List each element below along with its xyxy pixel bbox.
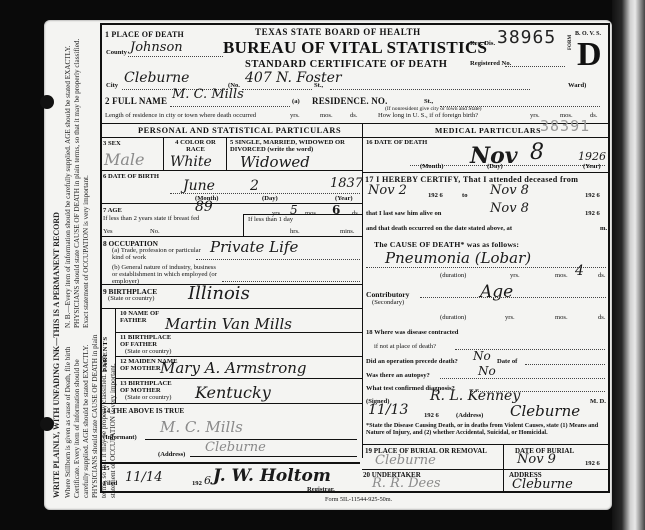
informant-value: M. C. Mills	[160, 418, 243, 436]
burial-place-value: Cleburne	[375, 453, 436, 468]
informant-address-line	[190, 456, 357, 457]
a-label: (a)	[292, 98, 300, 105]
num15-label: 15	[103, 465, 110, 472]
street-line	[242, 89, 312, 90]
contributory-label: Contributory	[366, 290, 409, 299]
operation-label: Did an operation precede death?	[366, 358, 458, 365]
marital-label: 5 SINGLE, MARRIED, WIDOWED OR DIVORCED (…	[230, 139, 360, 153]
parents-side-label: PARENTS	[102, 336, 109, 372]
board-title: TEXAS STATE BOARD OF HEALTH	[255, 27, 421, 37]
registrar-label: Registrar.	[307, 486, 335, 493]
contributory-yrs: yrs.	[505, 314, 515, 321]
reg-dis-label: Reg. Dis.	[470, 40, 495, 47]
certificate-title: STANDARD CERTIFICATE OF DEATH	[245, 59, 447, 70]
dod-day: 8	[530, 140, 544, 165]
hrs-label: hrs.	[290, 228, 300, 235]
contributory-mos: mos.	[555, 314, 568, 321]
informant-label: (Informant)	[103, 434, 137, 441]
duration-yrs: yrs.	[510, 272, 520, 279]
date-of-label: Date of	[497, 358, 517, 365]
punch-hole	[40, 95, 54, 109]
county-label: County	[106, 49, 127, 56]
undertaker-address: Cleburne	[512, 477, 573, 492]
cause-value: Pneumonia (Lobar)	[385, 249, 531, 267]
md-label: M. D.	[590, 398, 606, 405]
age-years: 89	[195, 199, 213, 215]
burial-rule	[362, 444, 610, 445]
cause-line	[366, 267, 606, 268]
city-label: City	[106, 82, 118, 89]
occupation-b-line	[222, 281, 360, 282]
marital-value: Widowed	[240, 153, 310, 171]
stamp-number: 38391	[540, 117, 590, 135]
m-label: m.	[600, 225, 607, 232]
last-saw-value: Nov 8	[490, 201, 529, 216]
autopsy-label: Was there an autopsy?	[366, 372, 430, 379]
last-saw-label: that I last saw him alive on	[366, 210, 441, 217]
how-long-us-label: How long in U. S., if of foreign birth?	[378, 112, 478, 119]
duration-mos: mos.	[555, 272, 568, 279]
occupation-value: Private Life	[210, 238, 298, 256]
dod-day-caption: (Day)	[487, 163, 503, 170]
contracted-label: 18 Where was disease contracted	[366, 329, 458, 336]
filed-label: Filed	[103, 480, 117, 487]
father-birthplace-sub: (State or country)	[125, 348, 172, 355]
medical-heading-rule	[362, 137, 610, 138]
signed-year: 192 6	[424, 412, 439, 419]
place-of-death-label: 1 PLACE OF DEATH	[105, 30, 184, 39]
punch-hole	[40, 417, 54, 431]
age-box-top	[243, 214, 362, 215]
age-box-divider	[243, 214, 244, 236]
contributory-line	[420, 297, 606, 298]
less-than-day-label: If less than 1 day	[248, 216, 293, 223]
color-label: 4 COLOR OR RACE	[168, 139, 223, 153]
ward-line	[330, 89, 530, 90]
filed-year: 6	[204, 474, 211, 487]
from-year: 192 6	[428, 192, 443, 199]
color-value: White	[170, 154, 212, 170]
dob-year-caption: (Year)	[335, 195, 353, 202]
undertaker-value: R. R. Dees	[372, 476, 441, 491]
operation-value: No	[473, 349, 491, 363]
occurred-label: and that death occurred on the date stat…	[366, 225, 512, 232]
dod-year: 1926	[578, 150, 606, 163]
autopsy-value: No	[478, 364, 496, 378]
row-rule	[115, 378, 362, 379]
filed-rule	[100, 462, 360, 464]
occupation-line	[196, 259, 360, 260]
margin-instructions: WRITE PLAINLY, WITH UNFADING INK—THIS IS…	[50, 28, 98, 498]
duration-label: (duration)	[440, 272, 466, 279]
residence-label: RESIDENCE. NO.	[312, 96, 388, 106]
parents-bottom-rule	[100, 403, 362, 404]
column-divider	[362, 123, 363, 458]
filed-year-prefix: 192	[192, 480, 202, 487]
mother-birthplace-label: 13 BIRTHPLACE OF MOTHER	[120, 380, 180, 394]
contributory-value: Age	[480, 282, 513, 302]
sex-label: 3 SEX	[103, 140, 121, 147]
breast-fed-no: No.	[150, 228, 160, 235]
residence-mos-label: mos.	[320, 112, 333, 119]
father-birthplace-label: 11 BIRTHPLACE OF FATHER	[120, 334, 180, 348]
full-name-value: M. C. Mills	[172, 87, 244, 102]
dod-year-caption: (Year)	[583, 163, 601, 170]
bureau-title: BUREAU OF VITAL STATISTICS	[223, 38, 487, 58]
attended-to: Nov 8	[490, 183, 529, 198]
header-divider	[100, 123, 610, 124]
duration-ds: ds.	[598, 272, 606, 279]
duration-days: 4	[575, 263, 584, 279]
contributory-ds: ds.	[598, 314, 606, 321]
autopsy-line	[440, 378, 605, 379]
cause-label: The CAUSE OF DEATH* was as follows:	[374, 240, 519, 249]
dod-month-caption: (Month)	[420, 163, 443, 170]
informant-address-value: Cleburne	[205, 440, 266, 455]
occupation-b-label: (b) General nature of industry, business…	[112, 264, 222, 285]
to-label: to	[462, 192, 468, 199]
residence-yrs-label: yrs.	[290, 112, 300, 119]
scanner-edge	[612, 0, 645, 530]
residence-st-label: St.,	[424, 98, 433, 105]
attended-from: Nov 2	[368, 183, 407, 198]
dob-year: 1837	[330, 176, 363, 191]
dob-day-caption: (Day)	[262, 195, 278, 202]
personal-heading-rule	[100, 137, 362, 138]
full-name-line	[170, 106, 290, 107]
form-footer: Form 5IL-11544-925-50m.	[325, 496, 392, 503]
dob-label: 6 DATE OF BIRTH	[103, 173, 159, 180]
physician-address: Cleburne	[510, 402, 580, 420]
last-saw-year: 192 6	[585, 210, 600, 217]
above-is-true-label: 14 THE ABOVE IS TRUE	[103, 407, 184, 415]
reg-number: 38965	[497, 27, 556, 48]
cause-footnote: *State the Disease Causing Death, or in …	[366, 423, 608, 436]
sex-divider	[163, 137, 164, 170]
mother-birthplace-value: Kentucky	[195, 383, 271, 402]
mother-birthplace-sub: (State or country)	[125, 394, 172, 401]
occupation-a-label: (a) Trade, profession or particular kind…	[112, 247, 202, 261]
breast-fed-yes: Yes	[103, 228, 113, 235]
birthplace-value: Illinois	[188, 283, 250, 304]
registrar-signature: J. W. Holtom	[213, 466, 331, 486]
form-label: FORM	[568, 35, 573, 50]
row-rule	[115, 332, 362, 333]
contributory-sub: (Secondary)	[372, 299, 404, 306]
dod-label: 16 DATE OF DEATH	[366, 139, 427, 146]
breast-fed-note: If less than 2 years state if breast fed	[103, 215, 199, 222]
row-rule	[100, 203, 362, 204]
not-at-place-label: if not at place of death?	[374, 343, 436, 350]
father-value: Martin Van Mills	[165, 315, 292, 333]
street-value: 407 N. Foster	[245, 70, 342, 86]
dob-month: June	[183, 178, 215, 194]
contributory-duration-label: (duration)	[440, 314, 466, 321]
row-rule	[100, 236, 362, 237]
dob-day: 2	[250, 178, 259, 194]
county-line	[128, 56, 223, 57]
residence-ds-label: ds.	[350, 112, 358, 119]
to-year: 192 6	[585, 192, 600, 199]
informant-address-label: (Address)	[158, 451, 185, 458]
length-residence-label: Length of residence in city or town wher…	[105, 112, 256, 119]
mother-value: Mary A. Armstrong	[160, 359, 307, 377]
ward-label: Ward)	[568, 82, 586, 89]
signed-date: 11/13	[368, 402, 408, 418]
us-ds-label: ds.	[590, 112, 598, 119]
color-divider	[226, 137, 227, 170]
filed-date: 11/14	[125, 470, 162, 485]
personal-heading: PERSONAL AND STATISTICAL PARTICULARS	[138, 126, 341, 135]
age-label: 7 AGE	[103, 207, 122, 214]
physician-signature: R. L. Kenney	[430, 388, 520, 404]
row-rule	[362, 172, 610, 173]
form-letter: D	[577, 40, 602, 70]
physician-address-label: (Address)	[456, 412, 483, 419]
burial-year: 192 6	[585, 460, 600, 467]
burial-date-value: Nov 9	[517, 452, 556, 467]
registered-no-line	[505, 66, 565, 67]
county-value: Johnson	[130, 40, 183, 55]
row-rule	[100, 170, 362, 171]
dob-line	[170, 193, 360, 194]
undertaker-rule	[362, 469, 610, 470]
birthplace-sub: (State or country)	[108, 295, 155, 302]
row-rule	[100, 308, 362, 309]
mins-label: mins.	[340, 228, 354, 235]
full-name-label: 2 FULL NAME	[105, 96, 167, 106]
margin-note-top: N. B.—Every item of information should b…	[64, 38, 91, 328]
sex-value: Male	[104, 150, 145, 169]
city-value: Cleburne	[124, 70, 189, 86]
st-label: St.,	[314, 82, 323, 89]
us-yrs-label: yrs.	[530, 112, 540, 119]
row-rule	[115, 356, 362, 357]
date-of-line	[525, 364, 605, 365]
medical-heading: MEDICAL PARTICULARS	[435, 126, 541, 135]
